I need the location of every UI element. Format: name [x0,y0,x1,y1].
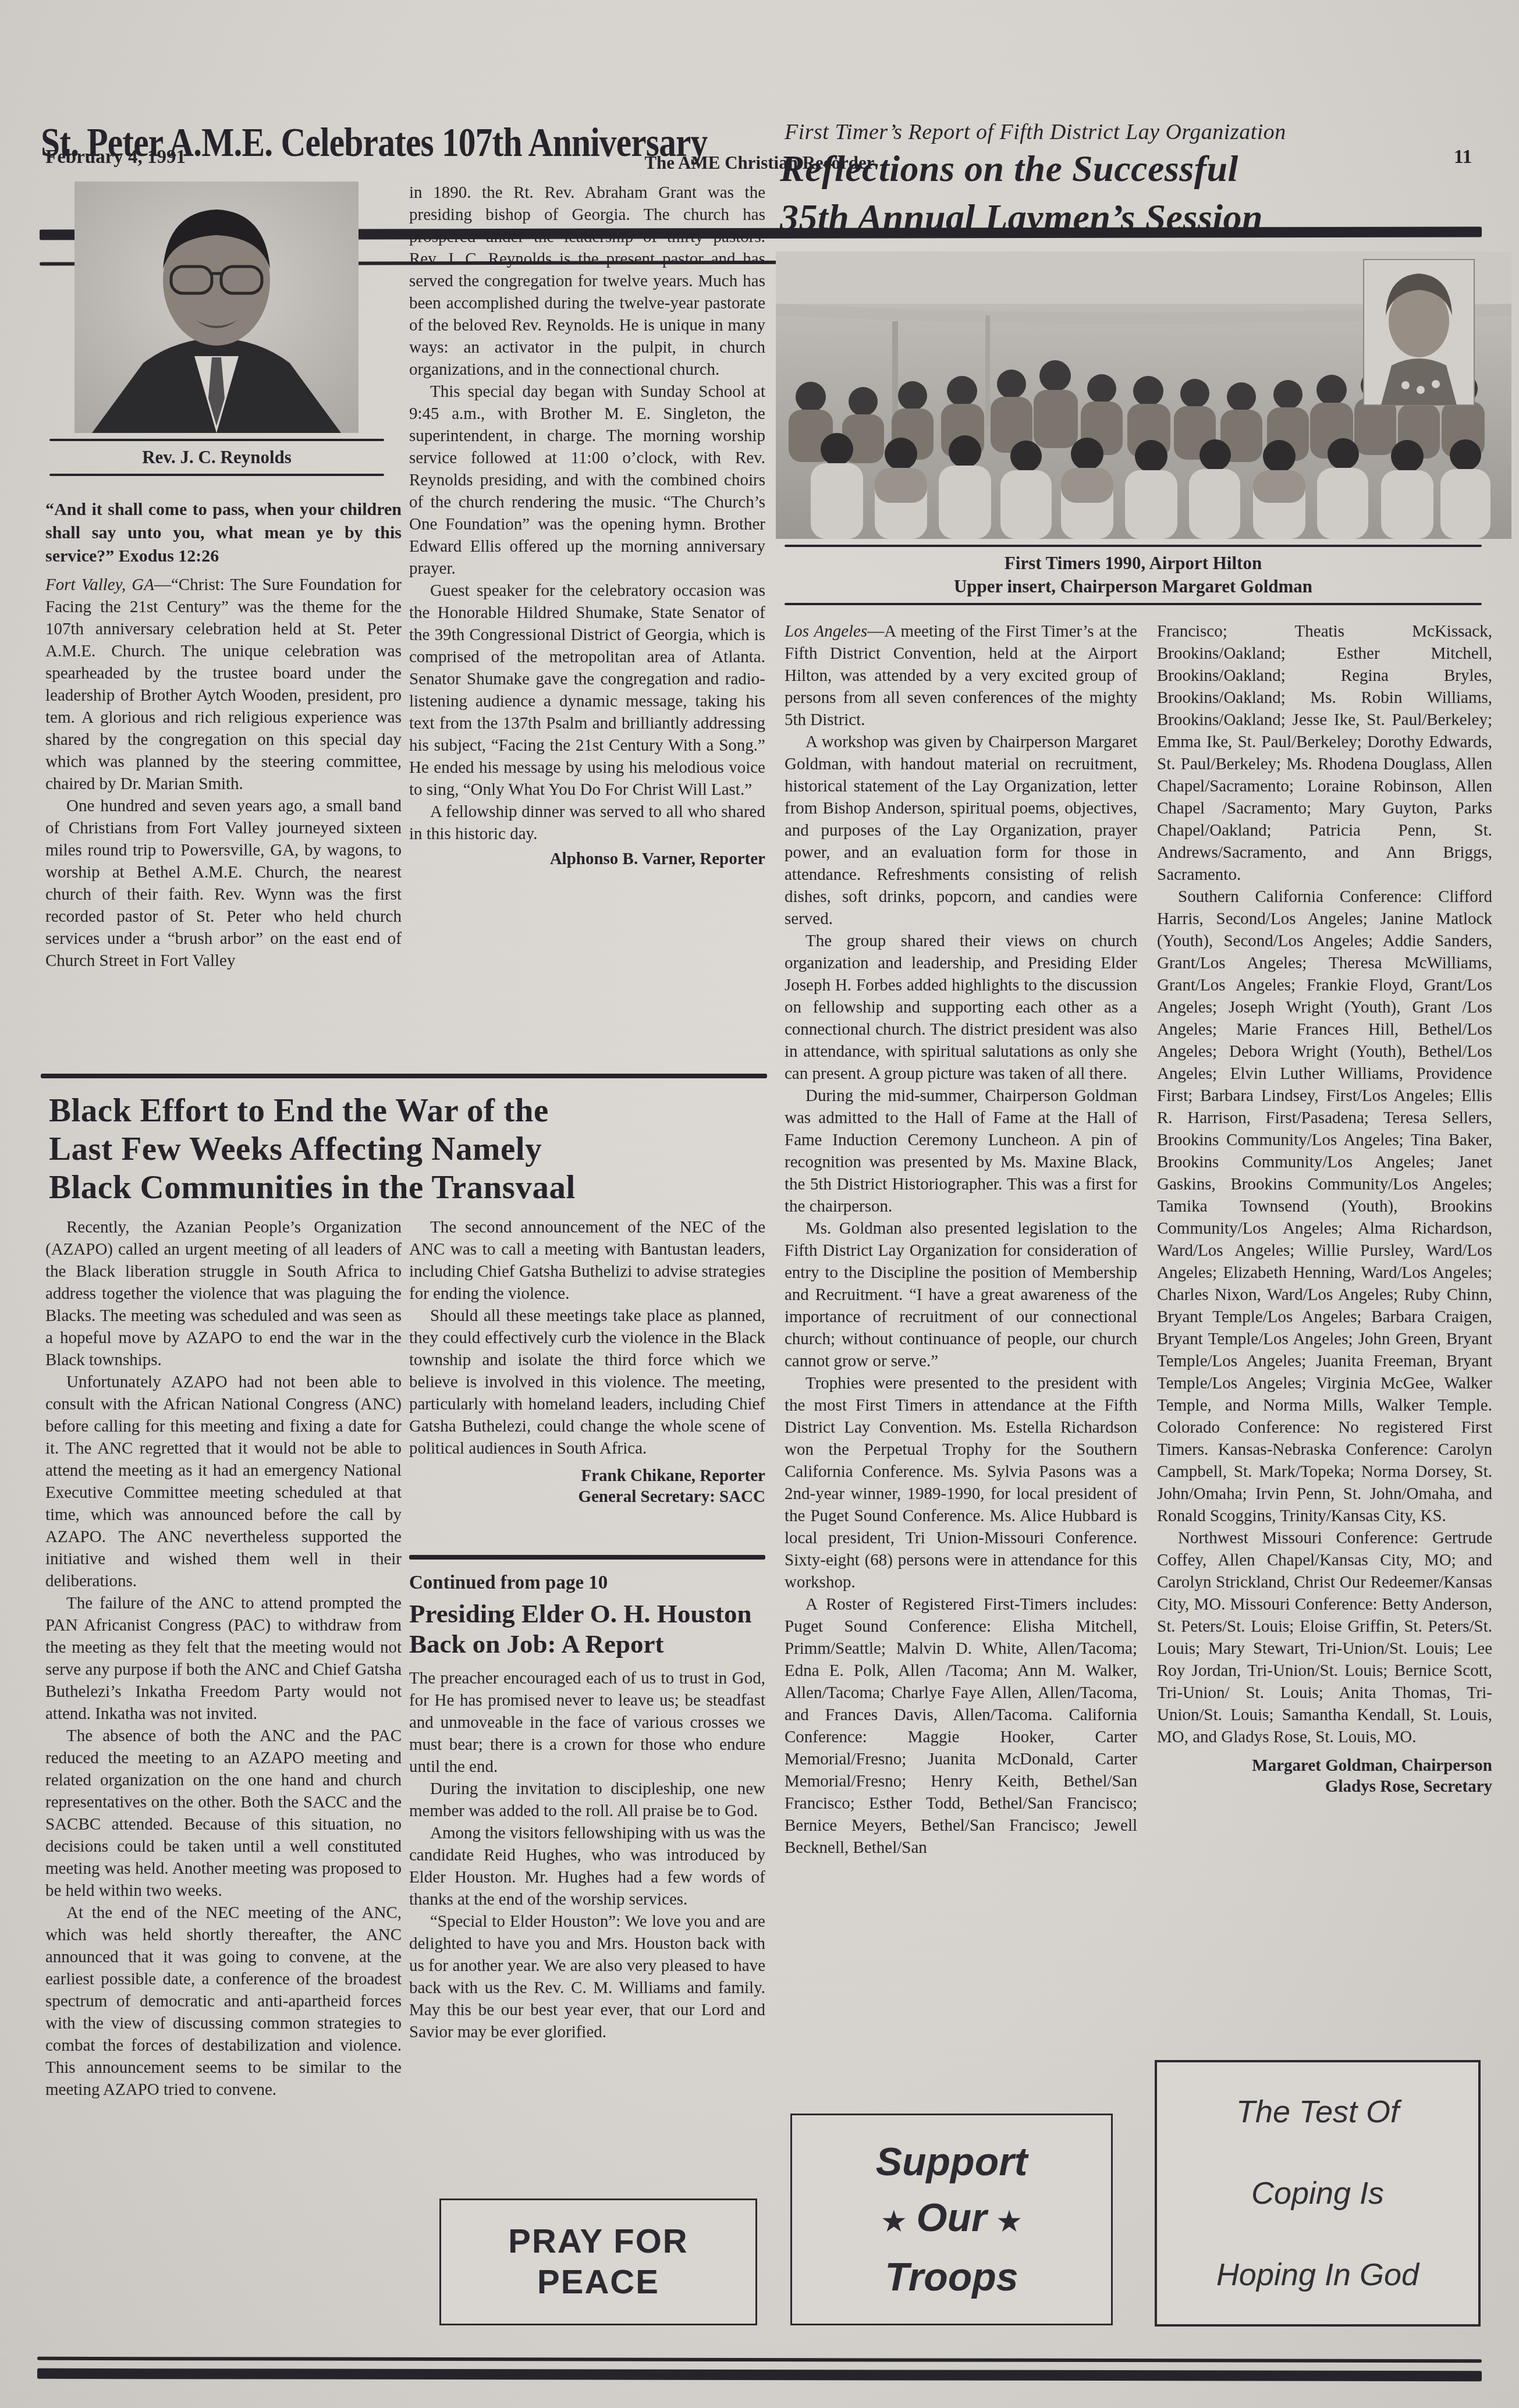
paragraph: The preacher encouraged each of us to tr… [409,1667,765,1778]
laymen-byline-2: Gladys Rose, Secretary [1157,1776,1492,1797]
support-line-1: Support [876,2134,1028,2190]
paragraph: Coping Is [1216,2153,1419,2234]
stpeter-column-2: in 1890. the Rt. Rev. Abraham Grant was … [409,182,765,869]
caption-rule-bottom [49,474,384,476]
section-rule [41,1074,767,1078]
pray-for-peace-box: PRAY FOR PEACE [439,2199,757,2325]
laymen-column-1: Los Angeles—A meeting of the First Timer… [785,620,1137,1859]
group-caption-line-1: First Timers 1990, Airport Hilton [785,552,1482,575]
paragraph: Southern California Conference: Clifford… [1157,886,1492,1527]
newspaper-page: February 4, 1991 The AME Christian Recor… [0,0,1519,2408]
paragraph: Back on Job: A Report [409,1629,765,1659]
paragraph: A Roster of Registered First-Timers incl… [785,1593,1137,1859]
paragraph: During the mid-summer, Chairperson Goldm… [785,1085,1137,1217]
laymen-dateline-paragraph: Los Angeles—A meeting of the First Timer… [785,620,1137,731]
pray-line-1: PRAY FOR [508,2221,688,2262]
chairperson-inset [1364,260,1474,405]
paragraph: The Test Of [1216,2071,1419,2153]
star-icon: ★ [986,2206,1031,2236]
stpeter-byline: Alphonso B. Varner, Reporter [409,848,765,869]
transvaal-headline: Black Effort to End the War of theLast F… [49,1092,771,1207]
paragraph: The failure of the ANC to attend prompte… [45,1592,402,1725]
houston-article: Continued from page 10 Presiding Elder O… [409,1572,765,2043]
stpeter-col2-paragraphs: in 1890. the Rt. Rev. Abraham Grant was … [409,182,765,845]
paragraph: Hoping In God [1216,2234,1419,2315]
group-caption-line-2: Upper insert, Chairperson Margaret Goldm… [785,575,1482,598]
paragraph: Reflections on the Successful [780,144,1507,193]
laymen-col2-paragraphs: Francisco; Theatis McKissack, Brookins/O… [1157,620,1492,1748]
laymen-col1-paragraphs: A workshop was given by Chairperson Marg… [785,731,1137,1859]
paragraph: Among the visitors fellowshiping with us… [409,1822,765,1910]
group-photo-art [776,251,1511,539]
laymen-byline-container: Margaret Goldman, Chairperson Gladys Ros… [1157,1755,1492,1797]
paragraph: A fellowship dinner was served to all wh… [409,801,765,845]
paragraph: One hundred and seven years ago, a small… [45,795,402,972]
support-troops-box: Support ★Our★ Troops [790,2114,1113,2325]
laymen-headline: Reflections on the Successful35th Annual… [780,144,1507,242]
paragraph: Presiding Elder O. H. Houston [409,1599,765,1629]
support-line-2: ★Our★ [871,2190,1031,2249]
houston-paragraphs: The preacher encouraged each of us to tr… [409,1667,765,2043]
paragraph: in 1890. the Rt. Rev. Abraham Grant was … [409,182,765,381]
support-line-3: Troops [885,2249,1018,2305]
group-photo-caption: First Timers 1990, Airport Hilton Upper … [785,547,1482,603]
paragraph: Should all these meetings take place as … [409,1305,765,1459]
stpeter-headline: St. Peter A.M.E. Celebrates 107th Annive… [41,120,825,166]
paragraph: Trophies were presented to the president… [785,1372,1137,1593]
paragraph: Black Communities in the Transvaal [49,1169,771,1207]
dateline: Fort Valley, GA [45,576,154,594]
paragraph: During the invitation to discipleship, o… [409,1778,765,1822]
transvaal-col1-paragraphs: Recently, the Azanian People’s Organizat… [45,1216,402,2101]
scripture-quote: “And it shall come to pass, when your ch… [45,498,402,568]
reynolds-photo [74,182,359,433]
paragraph: The second announcement of the NEC of th… [409,1216,765,1305]
dateline-paragraph: Fort Valley, GA—“Christ: The Sure Founda… [45,574,402,795]
group-photo [776,251,1511,539]
continued-from-line: Continued from page 10 [409,1572,765,1594]
test-of-coping-box: The Test OfCoping IsHoping In God [1155,2060,1481,2327]
transvaal-column-1: Recently, the Azanian People’s Organizat… [45,1216,402,2101]
paragraph: Ms. Goldman also presented legislation t… [785,1217,1137,1372]
group-photo-caption-box: First Timers 1990, Airport Hilton Upper … [785,545,1482,605]
bottom-rule-thin [37,2357,1482,2363]
paragraph: “Special to Elder Houston”: We love you … [409,1910,765,2043]
transvaal-column-2: The second announcement of the NEC of th… [409,1216,765,1507]
paragraph: Recently, the Azanian People’s Organizat… [45,1216,402,1371]
paragraph: Unfortunately AZAPO had not been able to… [45,1371,402,1592]
transvaal-col2-paragraphs: The second announcement of the NEC of th… [409,1216,765,1459]
laymen-column-2: Francisco; Theatis McKissack, Brookins/O… [1157,620,1492,1797]
paragraph: The group shared their views on church o… [785,930,1137,1085]
transvaal-byline-container: Frank Chikane, Reporter General Secretar… [409,1465,765,1507]
bottom-rule-thick [37,2368,1482,2381]
paragraph: Francisco; Theatis McKissack, Brookins/O… [1157,620,1492,886]
group-caption-rule-bottom [785,603,1482,605]
transvaal-byline-2: General Secretary: SACC [409,1486,765,1507]
laymen-kicker: First Timer’s Report of Fifth District L… [785,119,1286,145]
star-icon: ★ [871,2206,916,2236]
reynolds-caption-box: Rev. J. C. Reynolds [49,439,384,476]
reynolds-photo-art [74,182,359,433]
paragraph: Northwest Missouri Conference: Gertrude … [1157,1527,1492,1748]
stpeter-column-1: Fort Valley, GA—“Christ: The Sure Founda… [45,574,402,972]
laymen-dateline: Los Angeles [785,622,867,641]
paragraph: 35th Annual Laymen’s Session [780,193,1507,242]
houston-headline: Presiding Elder O. H. HoustonBack on Job… [409,1599,765,1659]
paragraph: Black Effort to End the War of the [49,1092,771,1130]
paragraph: A workshop was given by Chairperson Marg… [785,731,1137,930]
paragraph: At the end of the NEC meeting of the ANC… [45,1902,402,2101]
dateline-text: —“Christ: The Sure Foundation for Facing… [45,576,402,793]
houston-rule [409,1555,765,1560]
test-box-lines: The Test OfCoping IsHoping In God [1216,2071,1419,2315]
reynolds-caption: Rev. J. C. Reynolds [49,441,384,474]
paragraph: This special day began with Sunday Schoo… [409,381,765,580]
support-our: Our [917,2196,987,2240]
laymen-byline-1: Margaret Goldman, Chairperson [1157,1755,1492,1776]
houston-body: The preacher encouraged each of us to tr… [409,1667,765,2043]
pray-line-2: PEACE [537,2262,659,2303]
transvaal-byline-1: Frank Chikane, Reporter [409,1465,765,1486]
paragraph: The absence of both the ANC and the PAC … [45,1725,402,1902]
paragraph: Guest speaker for the celebratory occasi… [409,580,765,801]
paragraph: Last Few Weeks Affecting Namely [49,1130,771,1169]
stpeter-col1-paragraphs: One hundred and seven years ago, a small… [45,795,402,972]
